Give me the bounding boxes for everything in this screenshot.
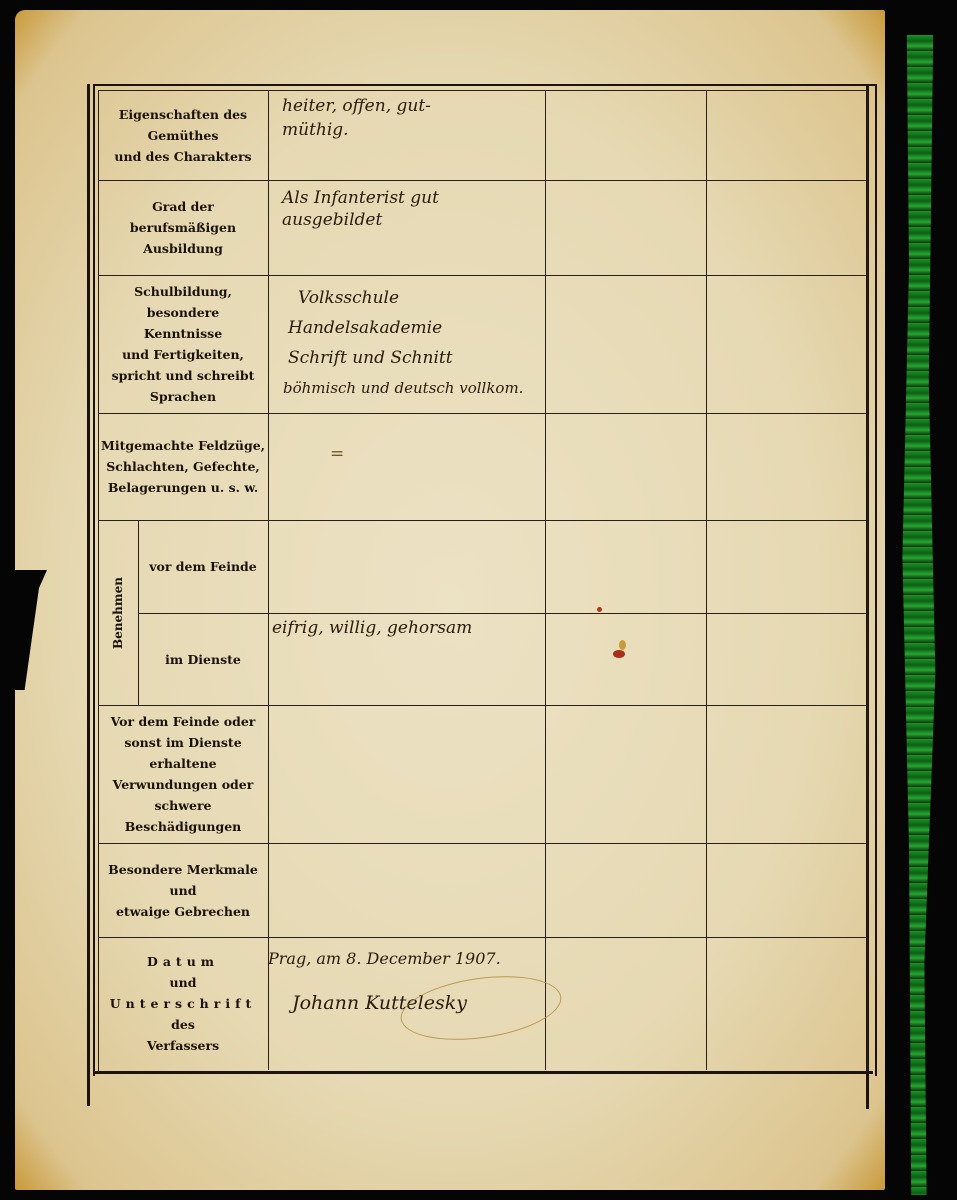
label-line: Schlachten, Gefechte, — [101, 456, 265, 477]
label-line: Benehmen — [111, 577, 125, 649]
frame-bottom-rule — [93, 1071, 873, 1074]
handwriting-character: heiter, offen, gut- — [282, 96, 431, 117]
label-line: Grad der berufsmäßigen — [98, 196, 268, 238]
label-line: Vor dem Feinde oder — [98, 711, 268, 732]
label-training: Grad der berufsmäßigenAusbildung — [98, 180, 268, 275]
ink-stain — [597, 607, 602, 612]
label-line: Beschädigungen — [98, 816, 268, 837]
label-line: Verwundungen oder schwere — [98, 774, 268, 816]
label-date-signature: Datum und Unterschrift des Verfassers — [98, 937, 268, 1070]
label-in-service: im Dienste — [138, 613, 268, 705]
label-line: Datum — [110, 951, 257, 972]
label-line: Belagerungen u. s. w. — [101, 477, 265, 498]
label-line: Eigenschaften des Gemüthes — [98, 104, 268, 146]
handwriting-schooling: Schrift und Schnitt — [288, 348, 453, 369]
handwriting-campaigns: = — [330, 444, 344, 465]
label-line: etwaige Gebrechen — [98, 901, 268, 922]
label-line: vor dem Feinde — [149, 556, 256, 577]
handwriting-schooling: Volksschule — [298, 288, 399, 309]
label-campaigns: Mitgemachte Feldzüge, Schlachten, Gefech… — [98, 413, 268, 520]
label-before-enemy: vor dem Feinde — [138, 520, 268, 613]
label-benehmen: Benehmen — [98, 520, 138, 705]
label-line: im Dienste — [165, 649, 241, 670]
label-character: Eigenschaften des Gemüthesund des Charak… — [98, 90, 268, 180]
label-line: Mitgemachte Feldzüge, — [101, 435, 265, 456]
column-divider — [545, 90, 546, 1070]
handwriting-schooling: Handelsakademie — [288, 318, 442, 339]
label-line: des — [110, 1014, 257, 1035]
label-wounds: Vor dem Feinde oder sonst im Dienste erh… — [98, 705, 268, 843]
frame-left-rule — [87, 84, 90, 1106]
handwriting-character: müthig. — [282, 120, 349, 141]
binding-strip — [898, 35, 942, 1195]
label-line: Besondere Merkmale und — [98, 859, 268, 901]
ink-stain — [619, 640, 626, 650]
label-line: Verfassers — [110, 1035, 257, 1056]
label-line: spricht und schreibt — [98, 365, 268, 386]
ink-stain — [613, 650, 625, 658]
handwriting-training: Als Infanterist gut — [282, 188, 439, 209]
column-divider — [268, 90, 269, 1070]
handwriting-date: Prag, am 8. December 1907. — [268, 948, 501, 969]
handwriting-training: ausgebildet — [282, 210, 382, 231]
label-line: Schulbildung, besondere — [98, 281, 268, 323]
torn-edge — [15, 570, 47, 690]
label-line: Unterschrift — [110, 993, 257, 1014]
label-line: sonst im Dienste erhaltene — [98, 732, 268, 774]
label-line: Ausbildung — [98, 238, 268, 259]
label-line: und Fertigkeiten, — [98, 344, 268, 365]
handwriting-in-service: eifrig, willig, gehorsam — [272, 618, 472, 639]
handwriting-schooling: böhmisch und deutsch vollkom. — [283, 378, 523, 399]
label-features: Besondere Merkmale und etwaige Gebrechen — [98, 843, 268, 937]
label-line: Sprachen — [98, 386, 268, 407]
label-schooling: Schulbildung, besondere Kenntnisse und F… — [98, 275, 268, 413]
label-line: und des Charakters — [98, 146, 268, 167]
label-line: Kenntnisse — [98, 323, 268, 344]
label-line: und — [110, 972, 257, 993]
column-divider — [706, 90, 707, 1070]
